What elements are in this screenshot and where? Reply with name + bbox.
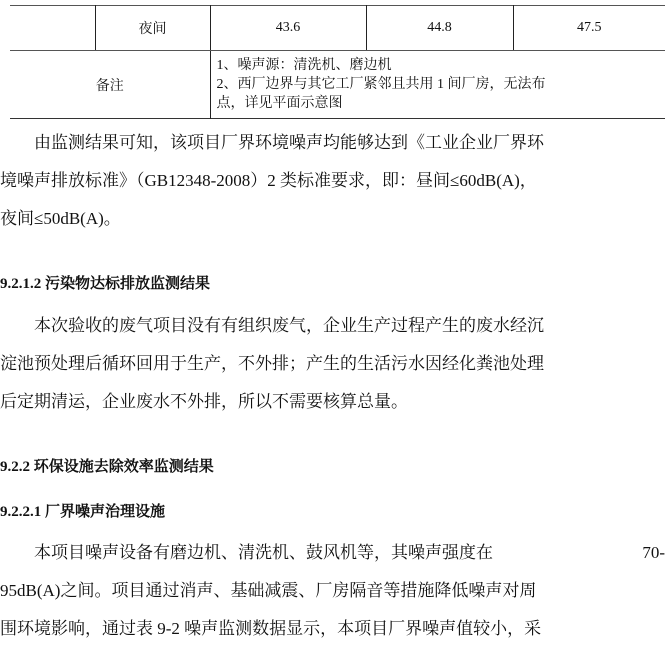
paragraph-line: 夜间≤50dB(A)。: [0, 200, 665, 238]
table-cell-night-label: 夜间: [95, 6, 210, 51]
paragraph-line: 本项目噪声设备有磨边机、清洗机、鼓风机等，其噪声强度在 70-: [0, 534, 665, 572]
paragraph-line: 本次验收的废气项目没有有组织废气，企业生产过程产生的废水经沉: [0, 307, 665, 345]
remark-line: 1、噪声源：清洗机、磨边机: [217, 56, 665, 75]
paragraph-line: 由监测结果可知，该项目厂界环境噪声均能够达到《工业企业厂界环: [0, 124, 665, 162]
paragraph-line: 95dB(A)之间。项目通过消声、基础减震、厂房隔音等措施降低噪声对周: [0, 572, 665, 610]
table-cell-value: 43.6: [210, 6, 366, 51]
paragraph-line: 后定期清运，企业废水不外排，所以不需要核算总量。: [0, 383, 665, 421]
paragraph-text: 70-: [642, 534, 665, 572]
table-cell-empty: [10, 6, 95, 51]
section-heading-9-2-2: 9.2.2 环保设施去除效率监测结果: [0, 457, 214, 477]
paragraph-line: 境噪声排放标准》（GB12348-2008）2 类标准要求，即：昼间≤60dB(…: [0, 162, 665, 200]
noise-monitoring-table: 夜间 43.6 44.8 47.5 备注 1、噪声源：清洗机、磨边机 2、西厂边…: [10, 5, 665, 119]
table-cell-value: 47.5: [513, 6, 665, 51]
table-cell-remarks-content: 1、噪声源：清洗机、磨边机 2、西厂边界与其它工厂紧邻且共用 1 间厂房，无法布…: [210, 51, 665, 119]
paragraph-line: 围环境影响，通过表 9-2 噪声监测数据显示，本项目厂界噪声值较小，采: [0, 610, 665, 648]
remark-line: 2、西厂边界与其它工厂紧邻且共用 1 间厂房，无法布: [217, 75, 665, 94]
table-cell-value: 44.8: [366, 6, 513, 51]
table-row-remarks: 备注 1、噪声源：清洗机、磨边机 2、西厂边界与其它工厂紧邻且共用 1 间厂房，…: [10, 51, 665, 119]
table-cell-remarks-label: 备注: [10, 51, 210, 119]
remark-line: 点，详见平面示意图: [217, 94, 665, 113]
section-heading-9-2-1-2: 9.2.1.2 污染物达标排放监测结果: [0, 274, 210, 294]
paragraph-text: 本项目噪声设备有磨边机、清洗机、鼓风机等，其噪声强度在: [34, 534, 493, 572]
table-row-night: 夜间 43.6 44.8 47.5: [10, 6, 665, 51]
paragraph-line: 淀池预处理后循环回用于生产，不外排；产生的生活污水因经化粪池处理: [0, 345, 665, 383]
section-heading-9-2-2-1: 9.2.2.1 厂界噪声治理设施: [0, 502, 165, 522]
